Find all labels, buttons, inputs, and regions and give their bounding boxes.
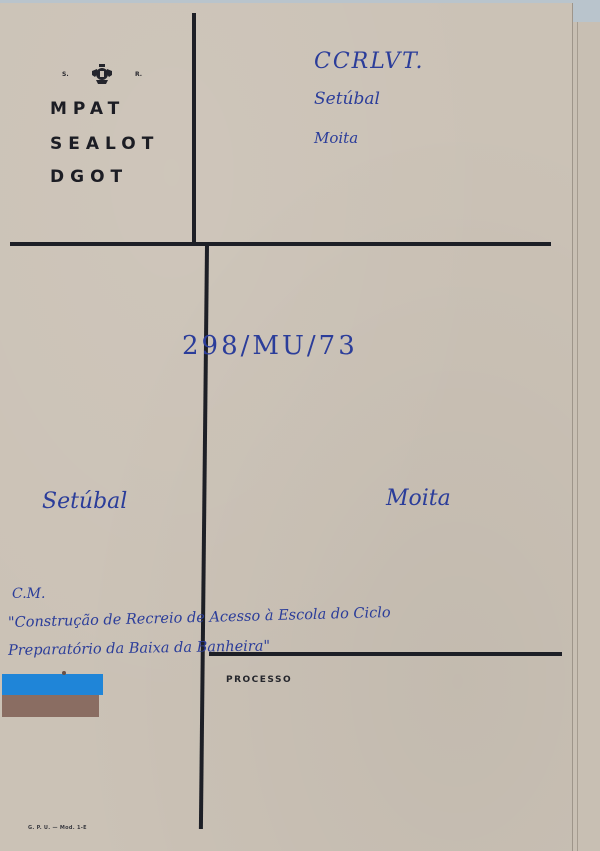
subject-prefix: C.M. bbox=[12, 586, 45, 602]
subject-line-1: "Construção de Recreio de Acesso à Escol… bbox=[8, 605, 391, 631]
emblem-right-text: R. bbox=[135, 71, 142, 78]
district-handwriting: Setúbal bbox=[42, 489, 127, 514]
reference-number: 298/MU/73 bbox=[182, 331, 358, 361]
handwriting-moita-top: Moita bbox=[314, 129, 358, 147]
municipality-handwriting: Moita bbox=[386, 486, 451, 511]
sheet-edge bbox=[577, 22, 578, 851]
agency-line-1: MPAT bbox=[50, 101, 160, 118]
main-horizontal-rule bbox=[10, 242, 551, 246]
handwriting-ccrlvt: CCRLVT. bbox=[314, 49, 425, 74]
emblem-row: S. R. bbox=[62, 63, 142, 85]
brown-label-tab bbox=[2, 695, 99, 717]
coat-of-arms-icon bbox=[90, 63, 114, 85]
agency-line-3: DGOT bbox=[50, 169, 160, 186]
ink-smudge bbox=[62, 671, 66, 675]
blue-label-tab bbox=[2, 674, 103, 695]
processo-label: PROCESSO bbox=[226, 675, 292, 685]
agency-line-2: SEALOT bbox=[50, 136, 160, 153]
folder-cover: S. R. MPAT SEALOT DGOT CCRLVT. Setúbal M… bbox=[0, 3, 573, 851]
top-vertical-rule bbox=[192, 13, 196, 245]
form-code: G. P. U. — Mod. 1-E bbox=[28, 825, 87, 831]
emblem-left-text: S. bbox=[62, 71, 69, 78]
handwriting-setubal-top: Setúbal bbox=[314, 89, 380, 109]
